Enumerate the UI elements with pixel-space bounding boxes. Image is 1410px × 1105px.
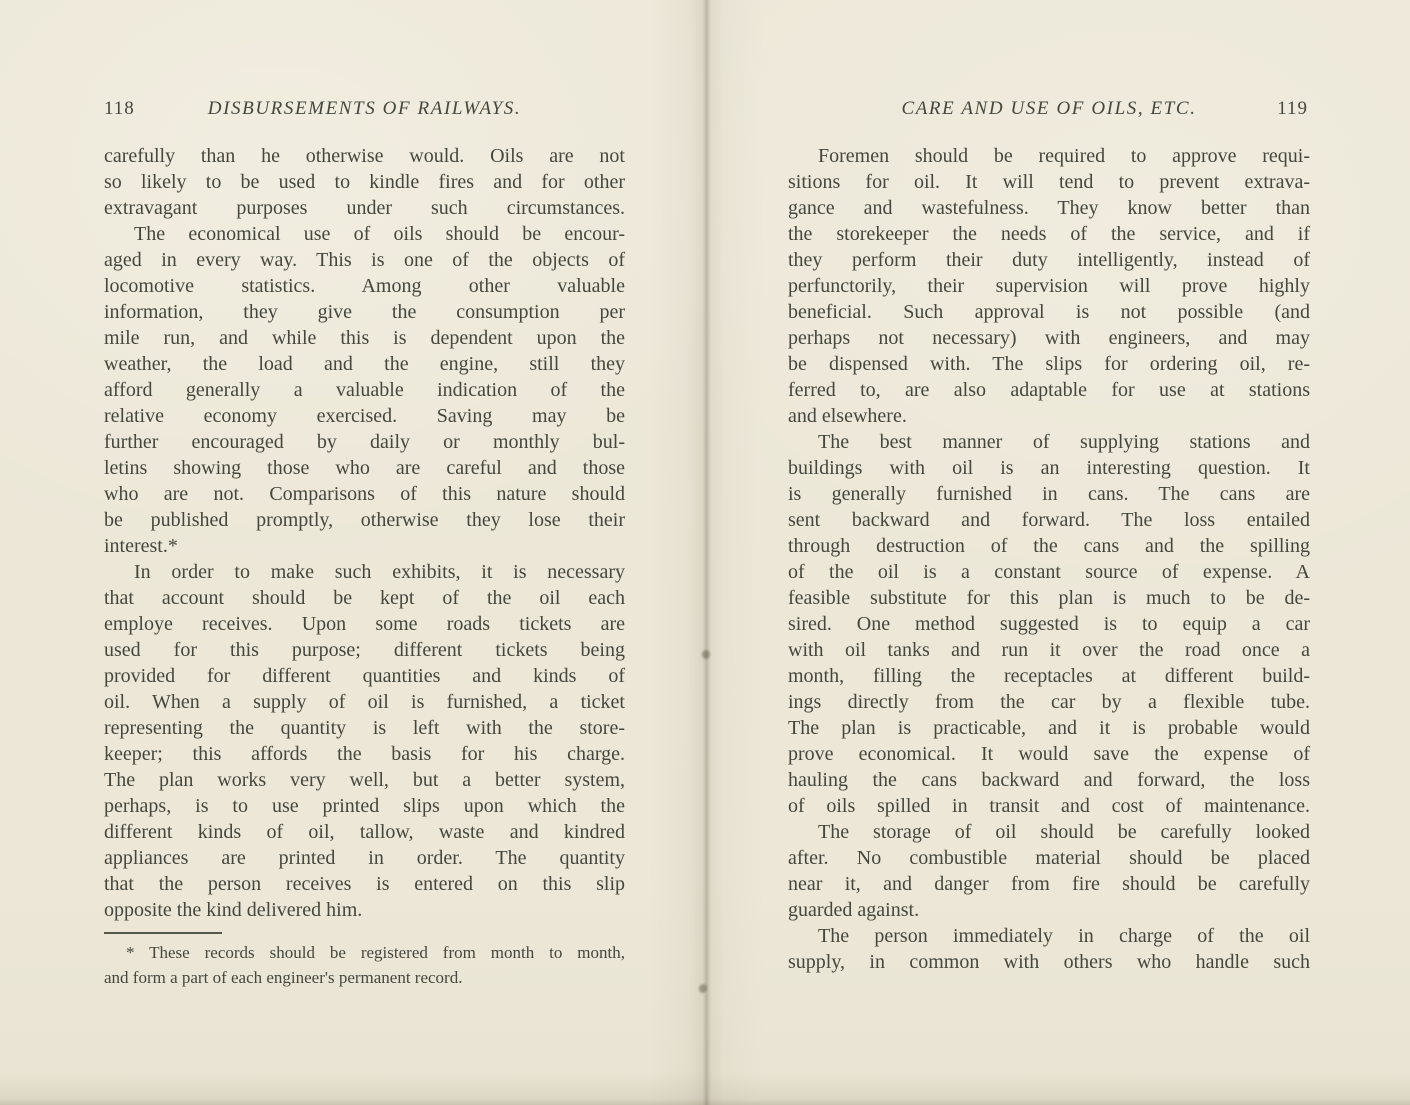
text-line: The storage of oil should be carefully l… — [788, 819, 1310, 845]
footnote-line: and form a part of each engineer's perma… — [104, 965, 625, 990]
text-line: be dispensed with. The slips for orderin… — [788, 351, 1310, 377]
paragraph: The storage of oil should be carefully l… — [788, 819, 1310, 923]
text-line: locomotive statistics. Among other valua… — [104, 273, 625, 299]
text-line: sired. One method suggested is to equip … — [788, 611, 1310, 637]
text-line: relative economy exercised. Saving may b… — [104, 403, 625, 429]
footnote-rule — [104, 932, 222, 934]
right-running-title: CARE AND USE OF OILS, ETC. — [788, 97, 1310, 121]
text-line: beneficial. Such approval is not possibl… — [788, 299, 1310, 325]
text-line: with oil tanks and run it over the road … — [788, 637, 1310, 663]
text-line: they perform their duty intelligently, i… — [788, 247, 1310, 273]
text-line: used for this purpose; different tickets… — [104, 637, 625, 663]
text-line: supply, in common with others who handle… — [788, 949, 1310, 975]
paragraph: Foremen should be required to approve re… — [788, 143, 1310, 429]
right-page: CARE AND USE OF OILS, ETC. 119 Foremen s… — [788, 97, 1310, 975]
text-line: The best manner of supplying stations an… — [788, 429, 1310, 455]
right-page-body: Foremen should be required to approve re… — [788, 143, 1310, 975]
text-line: that the person receives is entered on t… — [104, 871, 625, 897]
text-line: extravagant purposes under such circumst… — [104, 195, 625, 221]
text-line: perhaps not necessary) with engineers, a… — [788, 325, 1310, 351]
text-line: is generally furnished in cans. The cans… — [788, 481, 1310, 507]
text-line: gance and wastefulness. They know better… — [788, 195, 1310, 221]
text-line: different kinds of oil, tallow, waste an… — [104, 819, 625, 845]
text-line: keeper; this affords the basis for his c… — [104, 741, 625, 767]
text-line: appliances are printed in order. The qua… — [104, 845, 625, 871]
text-line: after. No combustible material should be… — [788, 845, 1310, 871]
footnote: * These records should be registered fro… — [104, 940, 625, 990]
text-line: ings directly from the car by a flexible… — [788, 689, 1310, 715]
text-line: letins showing those who are careful and… — [104, 455, 625, 481]
text-line: Foremen should be required to approve re… — [788, 143, 1310, 169]
text-line: The person immediately in charge of the … — [788, 923, 1310, 949]
text-line: the storekeeper the needs of the service… — [788, 221, 1310, 247]
footnote-line: * These records should be registered fro… — [104, 940, 625, 965]
text-line: of oils spilled in transit and cost of m… — [788, 793, 1310, 819]
gutter-smudge — [698, 983, 709, 994]
left-page: 118 DISBURSEMENTS OF RAILWAYS. carefully… — [104, 97, 625, 990]
text-line: ferred to, are also adaptable for use at… — [788, 377, 1310, 403]
text-line: perfunctorily, their supervision will pr… — [788, 273, 1310, 299]
text-line: be published promptly, otherwise they lo… — [104, 507, 625, 533]
left-page-body: carefully than he otherwise would. Oils … — [104, 143, 625, 923]
text-line: employe receives. Upon some roads ticket… — [104, 611, 625, 637]
text-line: so likely to be used to kindle fires and… — [104, 169, 625, 195]
text-line: afford generally a valuable indication o… — [104, 377, 625, 403]
book-gutter — [648, 0, 764, 1105]
text-line: carefully than he otherwise would. Oils … — [104, 143, 625, 169]
text-line: month, filling the receptacles at differ… — [788, 663, 1310, 689]
text-line: further encouraged by daily or monthly b… — [104, 429, 625, 455]
paragraph: carefully than he otherwise would. Oils … — [104, 143, 625, 221]
text-line: sent backward and forward. The loss enta… — [788, 507, 1310, 533]
left-running-head: 118 DISBURSEMENTS OF RAILWAYS. — [104, 97, 625, 121]
text-line: sitions for oil. It will tend to prevent… — [788, 169, 1310, 195]
text-line: representing the quantity is left with t… — [104, 715, 625, 741]
text-line: opposite the kind delivered him. — [104, 897, 625, 923]
text-line: The economical use of oils should be enc… — [104, 221, 625, 247]
text-line: interest.* — [104, 533, 625, 559]
text-line: through destruction of the cans and the … — [788, 533, 1310, 559]
right-running-head: CARE AND USE OF OILS, ETC. 119 — [788, 97, 1310, 121]
text-line: In order to make such exhibits, it is ne… — [104, 559, 625, 585]
paragraph: The person immediately in charge of the … — [788, 923, 1310, 975]
text-line: aged in every way. This is one of the ob… — [104, 247, 625, 273]
left-page-number: 118 — [104, 97, 135, 121]
text-line: guarded against. — [788, 897, 1310, 923]
text-line: provided for different quantities and ki… — [104, 663, 625, 689]
text-line: hauling the cans backward and forward, t… — [788, 767, 1310, 793]
text-line: perhaps, is to use printed slips upon wh… — [104, 793, 625, 819]
text-line: weather, the load and the engine, still … — [104, 351, 625, 377]
right-page-number: 119 — [1277, 97, 1308, 121]
paragraph: The best manner of supplying stations an… — [788, 429, 1310, 819]
text-line: information, they give the consumption p… — [104, 299, 625, 325]
gutter-smudge — [702, 650, 710, 659]
book-spread: 118 DISBURSEMENTS OF RAILWAYS. carefully… — [0, 0, 1410, 1105]
text-line: oil. When a supply of oil is furnished, … — [104, 689, 625, 715]
text-line: of the oil is a constant source of expen… — [788, 559, 1310, 585]
text-line: prove economical. It would save the expe… — [788, 741, 1310, 767]
text-line: that account should be kept of the oil e… — [104, 585, 625, 611]
text-line: mile run, and while this is dependent up… — [104, 325, 625, 351]
text-line: feasible substitute for this plan is muc… — [788, 585, 1310, 611]
text-line: and elsewhere. — [788, 403, 1310, 429]
text-line: The plan works very well, but a better s… — [104, 767, 625, 793]
text-line: near it, and danger from fire should be … — [788, 871, 1310, 897]
text-line: buildings with oil is an interesting que… — [788, 455, 1310, 481]
left-running-title: DISBURSEMENTS OF RAILWAYS. — [104, 97, 625, 121]
text-line: who are not. Comparisons of this nature … — [104, 481, 625, 507]
paragraph: The economical use of oils should be enc… — [104, 221, 625, 559]
text-line: The plan is practicable, and it is proba… — [788, 715, 1310, 741]
paragraph: In order to make such exhibits, it is ne… — [104, 559, 625, 923]
